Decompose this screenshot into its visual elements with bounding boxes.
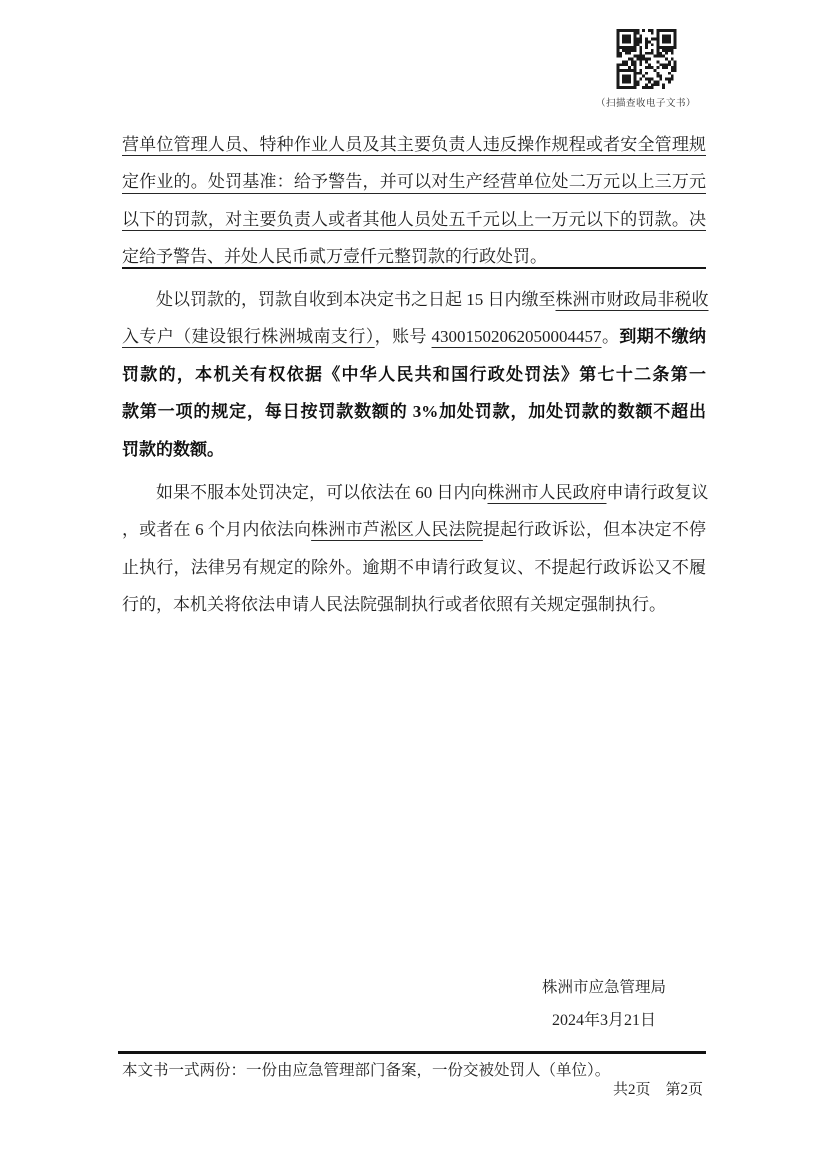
body-text: 营单位管理人员、特种作业人员及其主要负责人违反操作规程或者安全管理规 xyxy=(122,135,706,154)
text-line: 处以罚款的，罚款自收到本决定书之日起 15 日内缴至株洲市财政局非税收 xyxy=(122,281,706,318)
text-line: ，或者在 6 个月内依法向株洲市芦淞区人民法院提起行政诉讼，但本决定不停 xyxy=(122,511,706,548)
text-line: 罚款的数额。 xyxy=(122,431,706,468)
qr-caption: （扫描查收电子文书） xyxy=(592,95,700,109)
body-text: 如果不服本处罚决定，可以依法在 60 日内向 xyxy=(156,483,488,502)
body-text: 提起行政诉讼，但本决定不停 xyxy=(483,520,706,539)
para-penalty-basis: 营单位管理人员、特种作业人员及其主要负责人违反操作规程或者安全管理规定作业的。处… xyxy=(122,126,706,276)
document-page: （扫描查收电子文书） 营单位管理人员、特种作业人员及其主要负责人违反操作规程或者… xyxy=(0,0,822,1165)
text-line: 罚款的，本机关有权依据《中华人民共和国行政处罚法》第七十二条第一 xyxy=(122,356,706,393)
body-text: 定给予警告、并处人民币贰万壹仟元整罚款的行政处罚。 xyxy=(122,247,547,266)
underlined-text: 入专户（建设银行株洲城南支行） xyxy=(122,327,375,346)
text-line: 款第一项的规定，每日按罚款数额的 3%加处罚款，加处罚款的数额不超出 xyxy=(122,393,706,430)
qr-code xyxy=(615,29,678,89)
para-payment-terms: 处以罚款的，罚款自收到本决定书之日起 15 日内缴至株洲市财政局非税收入专户（建… xyxy=(122,281,706,468)
text-line: 止执行，法律另有规定的除外。逾期不申请行政复议、不提起行政诉讼又不履 xyxy=(122,549,706,586)
bold-text: 罚款的，本机关有权依据《中华人民共和国行政处罚法》第七十二条第一 xyxy=(122,365,706,384)
footer-note: 本文书一式两份：一份由应急管理部门备案，一份交被处罚人（单位）。 xyxy=(122,1058,706,1080)
body-text: 申请行政复议 xyxy=(607,483,709,502)
para-appeal-rights: 如果不服本处罚决定，可以依法在 60 日内向株洲市人民政府申请行政复议，或者在 … xyxy=(122,474,706,624)
body-text: 处以罚款的，罚款自收到本决定书之日起 15 日内缴至 xyxy=(156,290,556,309)
body-text: ，账号 xyxy=(375,327,432,346)
underlined-text: 43001502062050004457 xyxy=(432,327,602,346)
underlined-text: 株洲市人民政府 xyxy=(488,483,607,502)
text-line: 营单位管理人员、特种作业人员及其主要负责人违反操作规程或者安全管理规 xyxy=(122,126,706,163)
page-number: 共2页 第2页 xyxy=(122,1078,703,1099)
bold-text: 罚款的数额。 xyxy=(122,440,224,459)
bold-text: 到期不缴纳 xyxy=(619,327,706,346)
body-text: 。 xyxy=(602,327,620,346)
text-line: 行的，本机关将依法申请人民法院强制执行或者依照有关规定强制执行。 xyxy=(122,586,706,623)
footer-divider xyxy=(118,1051,706,1054)
text-line: 以下的罚款，对主要负责人或者其他人员处五千元以上一万元以下的罚款。决 xyxy=(122,201,706,238)
signature-date: 2024年3月21日 xyxy=(454,1007,754,1030)
text-line: 定给予警告、并处人民币贰万壹仟元整罚款的行政处罚。 xyxy=(122,238,706,275)
body-text: 以下的罚款，对主要负责人或者其他人员处五千元以上一万元以下的罚款。决 xyxy=(122,210,706,229)
bold-text: 款第一项的规定，每日按罚款数额的 3%加处罚款，加处罚款的数额不超出 xyxy=(122,402,706,421)
signature-agency: 株洲市应急管理局 xyxy=(454,975,754,997)
text-line: 定作业的。处罚基准：给予警告，并可以对生产经营单位处二万元以上三万元 xyxy=(122,163,706,200)
underlined-text: 株洲市芦淞区人民法院 xyxy=(311,520,483,539)
text-line: 如果不服本处罚决定，可以依法在 60 日内向株洲市人民政府申请行政复议 xyxy=(122,474,706,511)
body-text: 止执行，法律另有规定的除外。逾期不申请行政复议、不提起行政诉讼又不履 xyxy=(122,558,706,577)
underlined-text: 株洲市财政局非税收 xyxy=(556,290,709,309)
body-text: 行的，本机关将依法申请人民法院强制执行或者依照有关规定强制执行。 xyxy=(122,595,666,614)
body-text: 定作业的。处罚基准：给予警告，并可以对生产经营单位处二万元以上三万元 xyxy=(122,172,706,191)
body-text: ，或者在 6 个月内依法向 xyxy=(122,520,311,539)
text-line: 入专户（建设银行株洲城南支行），账号 43001502062050004457。… xyxy=(122,318,706,355)
